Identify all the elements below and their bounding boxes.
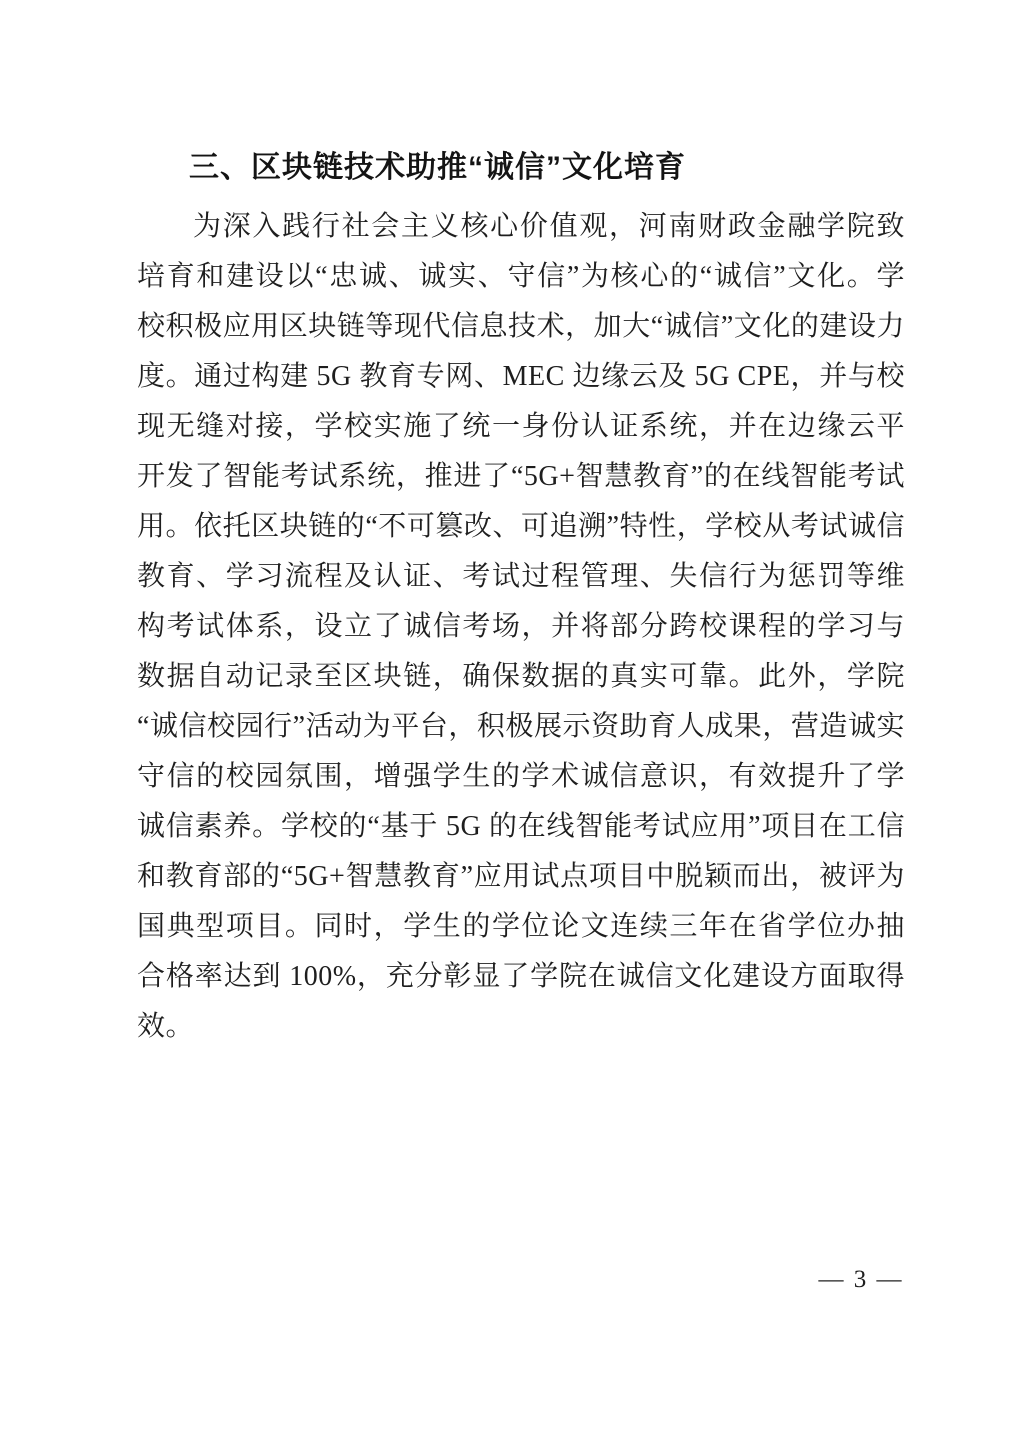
body-line: 国典型项目。同时，学生的学位论文连续三年在省学位办抽检中 — [137, 902, 905, 952]
body-line: 用。依托区块链的“不可篡改、可追溯”特性，学校从考试诚信 — [137, 502, 905, 552]
body-line: 构考试体系，设立了诚信考场，并将部分跨校课程的学习与考试 — [137, 602, 905, 652]
body-line: 效。 — [137, 1002, 905, 1052]
body-line: 校积极应用区块链等现代信息技术，加大“诚信”文化的建设力 — [137, 302, 905, 352]
document-content: 三、区块链技术助推“诚信”文化培育 为深入践行社会主义核心价值观，河南财政金融学… — [137, 146, 905, 1052]
body-line: 数据自动记录至区块链，确保数据的真实可靠。此外，学院还以 — [137, 652, 905, 702]
body-line: 度。通过构建 5G 教育专网、MEC 边缘云及 5G CPE，并与校园网实 — [137, 352, 905, 402]
body-line: 为深入践行社会主义核心价值观，河南财政金融学院致力于 — [137, 202, 905, 252]
body-line: “诚信校园行”活动为平台，积极展示资助育人成果，营造诚实 — [137, 702, 905, 752]
body-line: 守信的校园氛围，增强学生的学术诚信意识，有效提升了学生的 — [137, 752, 905, 802]
body-line: 现无缝对接，学校实施了统一身份认证系统，并在边缘云平台上 — [137, 402, 905, 452]
document-page: 三、区块链技术助推“诚信”文化培育 为深入践行社会主义核心价值观，河南财政金融学… — [0, 0, 1024, 1448]
body-paragraph: 为深入践行社会主义核心价值观，河南财政金融学院致力于 培育和建设以“忠诚、诚实、… — [137, 202, 905, 1052]
body-line: 培育和建设以“忠诚、诚实、守信”为核心的“诚信”文化。学 — [137, 252, 905, 302]
page-number: — 3 — — [806, 1264, 916, 1296]
body-line: 诚信素养。学校的“基于 5G 的在线智能考试应用”项目在工信部 — [137, 802, 905, 852]
body-line: 和教育部的“5G+智慧教育”应用试点项目中脱颖而出，被评为全 — [137, 852, 905, 902]
body-line: 合格率达到 100%，充分彰显了学院在诚信文化建设方面取得的成 — [137, 952, 905, 1002]
body-line: 开发了智能考试系统，推进了“5G+智慧教育”的在线智能考试应 — [137, 452, 905, 502]
section-heading: 三、区块链技术助推“诚信”文化培育 — [137, 146, 905, 190]
body-line: 教育、学习流程及认证、考试过程管理、失信行为惩罚等维度重 — [137, 552, 905, 602]
